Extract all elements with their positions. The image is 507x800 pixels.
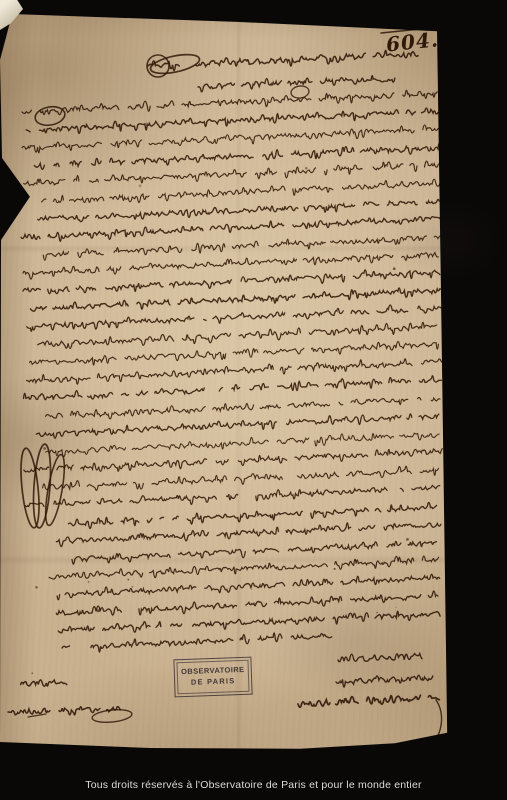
caption-bar: Tous droits réservés à l'Observatoire de… <box>0 779 507 795</box>
closing-scribbles <box>336 654 433 687</box>
caption-text: Tous droits réservés à l'Observatoire de… <box>85 779 421 791</box>
photo-mount: OBSERVATOIRE DE PARIS 604. Tous droits r… <box>0 0 507 800</box>
handwriting-ink-svg <box>0 0 507 800</box>
date-scribble <box>8 707 136 717</box>
scanned-letter-photo: { "image": { "kind": "photograph of a ha… <box>0 0 507 800</box>
stamp-text-line2: DE PARIS <box>191 676 236 688</box>
manuscript-page: OBSERVATOIRE DE PARIS 604. <box>0 0 507 800</box>
salutation-scribbles <box>148 50 418 91</box>
place-scribble <box>21 680 67 686</box>
stamp-text-line1: OBSERVATOIRE <box>181 665 245 678</box>
paris-observatory-stamp: OBSERVATOIRE DE PARIS <box>173 657 252 698</box>
body-scribbles <box>21 90 444 652</box>
signature-scribble <box>298 695 442 748</box>
